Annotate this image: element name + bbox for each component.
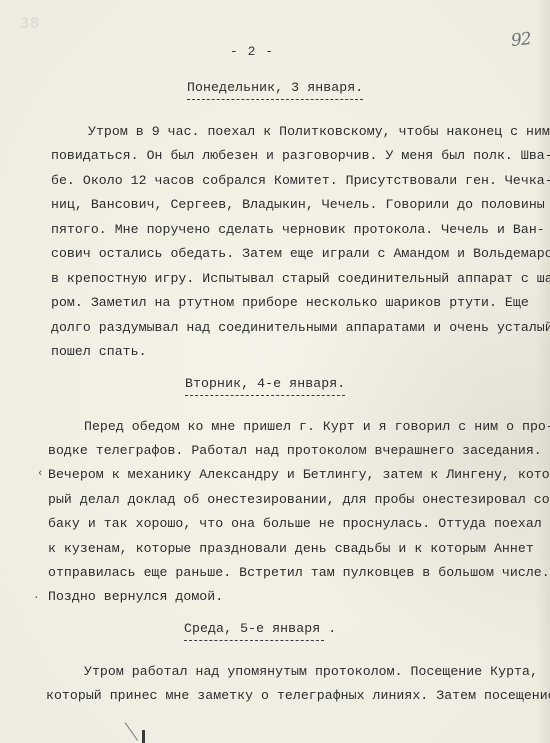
heading-text: Вторник, 4-е января. <box>185 376 345 391</box>
heading-text: Среда, 5-е января . <box>184 621 336 636</box>
text-line: ром. Заметил на ртутном приборе нескольк… <box>51 295 529 310</box>
page-number: - 2 - <box>230 44 274 59</box>
text-line: Перед обедом ко мне пришел г. Курт и я г… <box>84 419 550 434</box>
text-line: Вечером к механику Александру и Бетлингу… <box>48 467 550 482</box>
section-heading-tuesday: Вторник, 4-е января. <box>185 376 345 396</box>
text-line: отправилась еще раньше. Встретил там пул… <box>48 565 550 580</box>
text-line: долго раздумывал над соединительными апп… <box>51 320 550 335</box>
text-line: к кузенам, которые праздновали день свад… <box>48 541 534 556</box>
section-heading-wednesday: Среда, 5-е января . <box>184 621 336 641</box>
paper-crease <box>536 0 550 743</box>
paper-tear-mark <box>142 730 145 743</box>
handwritten-folio-number: 92 <box>510 29 532 51</box>
text-line: пятого. Мне поручено сделать черновик пр… <box>51 222 545 237</box>
text-line: в крепостную игру. Испытывал старый соед… <box>51 271 550 286</box>
heading-underline <box>184 639 324 641</box>
text-line: ниц, Вансович, Сергеев, Владыкин, Чечель… <box>51 197 545 212</box>
text-line: водке телеграфов. Работал над протоколом… <box>48 443 542 458</box>
text-line: Утром в 9 час. поехал к Политковскому, ч… <box>88 124 550 139</box>
stray-mark: . <box>33 590 40 602</box>
text-line: Поздно вернулся домой. <box>48 589 223 604</box>
text-line: повидаться. Он был любезен и разговорчив… <box>51 148 550 163</box>
document-page: 38 92 - 2 - Понедельник, 3 января. Утром… <box>0 0 550 743</box>
text-line: баку и так хорошо, что она больше не про… <box>48 516 542 531</box>
heading-underline <box>187 98 363 100</box>
text-line: Утром работал над упомянутым протоколом.… <box>84 664 538 679</box>
heading-text: Понедельник, 3 января. <box>187 80 363 95</box>
text-line: бе. Около 12 часов собрался Комитет. При… <box>51 173 550 188</box>
faded-corner-number: 38 <box>20 16 39 32</box>
paper-tear-line <box>125 722 138 741</box>
text-line: сович остались обедать. Затем еще играли… <box>51 246 550 261</box>
stray-mark: ‹ <box>37 468 44 480</box>
heading-underline <box>185 394 345 396</box>
text-line: пошел спать. <box>51 344 147 359</box>
section-heading-monday: Понедельник, 3 января. <box>187 80 363 100</box>
text-line: который принес мне заметку о телеграфных… <box>46 688 550 703</box>
text-line: рый делал доклад об онестезировании, для… <box>48 492 550 507</box>
